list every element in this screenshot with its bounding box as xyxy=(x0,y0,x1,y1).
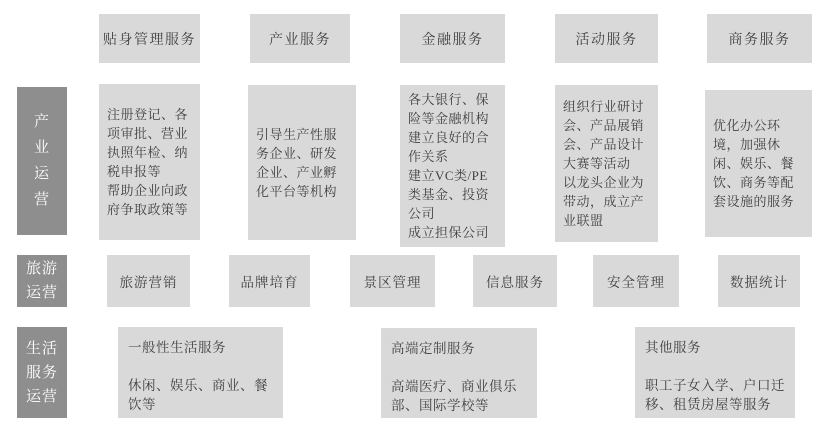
cell-general-life-services: 一般性生活服务 休闲、娱乐、商业、餐饮等 xyxy=(118,327,283,418)
cell-registration-services: 注册登记、各项审批、营业执照年检、纳税申报等 帮助企业向政府争取政策等 xyxy=(99,84,200,240)
header-activity-services: 活动服务 xyxy=(555,14,658,63)
cell-financial-institutions: 各大银行、保险等金融机构建立良好的合作关系 建立VC类/PE类基金、投资公司 成… xyxy=(400,85,505,247)
header-personal-management-services: 贴身管理服务 xyxy=(99,14,200,63)
cell-production-services: 引导生产性服务企业、研发企业、产业孵化平台等机构 xyxy=(248,85,356,240)
cell-scenic-area-management: 景区管理 xyxy=(350,255,435,307)
row-label-tourism-operation: 旅游 运营 xyxy=(17,255,67,307)
row-label-industry-operation: 产 业 运 营 xyxy=(17,87,67,235)
cell-brand-cultivation: 品牌培育 xyxy=(229,255,310,307)
cell-other-services: 其他服务 职工子女入学、户口迁移、租赁房屋等服务 xyxy=(635,327,795,418)
cell-industry-events: 组织行业研讨会、产品展销会、产品设计大赛等活动 以龙头企业为带动，成立产业联盟 xyxy=(555,85,658,242)
cell-information-services: 信息服务 xyxy=(473,255,557,307)
cell-office-environment: 优化办公环境，加强休闲、娱乐、餐饮、商务等配套设施的服务 xyxy=(705,90,812,237)
cell-tourism-marketing: 旅游营销 xyxy=(107,255,190,307)
header-business-services: 商务服务 xyxy=(707,14,812,63)
header-financial-services: 金融服务 xyxy=(400,14,505,63)
row-label-life-service-operation: 生活 服务 运营 xyxy=(17,327,67,418)
cell-safety-management: 安全管理 xyxy=(593,255,679,307)
header-industry-services: 产业服务 xyxy=(250,14,350,63)
service-matrix-diagram: 贴身管理服务 产业服务 金融服务 活动服务 商务服务 产 业 运 营 注册登记、… xyxy=(0,0,819,434)
cell-data-statistics: 数据统计 xyxy=(718,255,800,307)
cell-premium-custom-services: 高端定制服务 高端医疗、商业俱乐部、国际学校等 xyxy=(381,328,537,418)
